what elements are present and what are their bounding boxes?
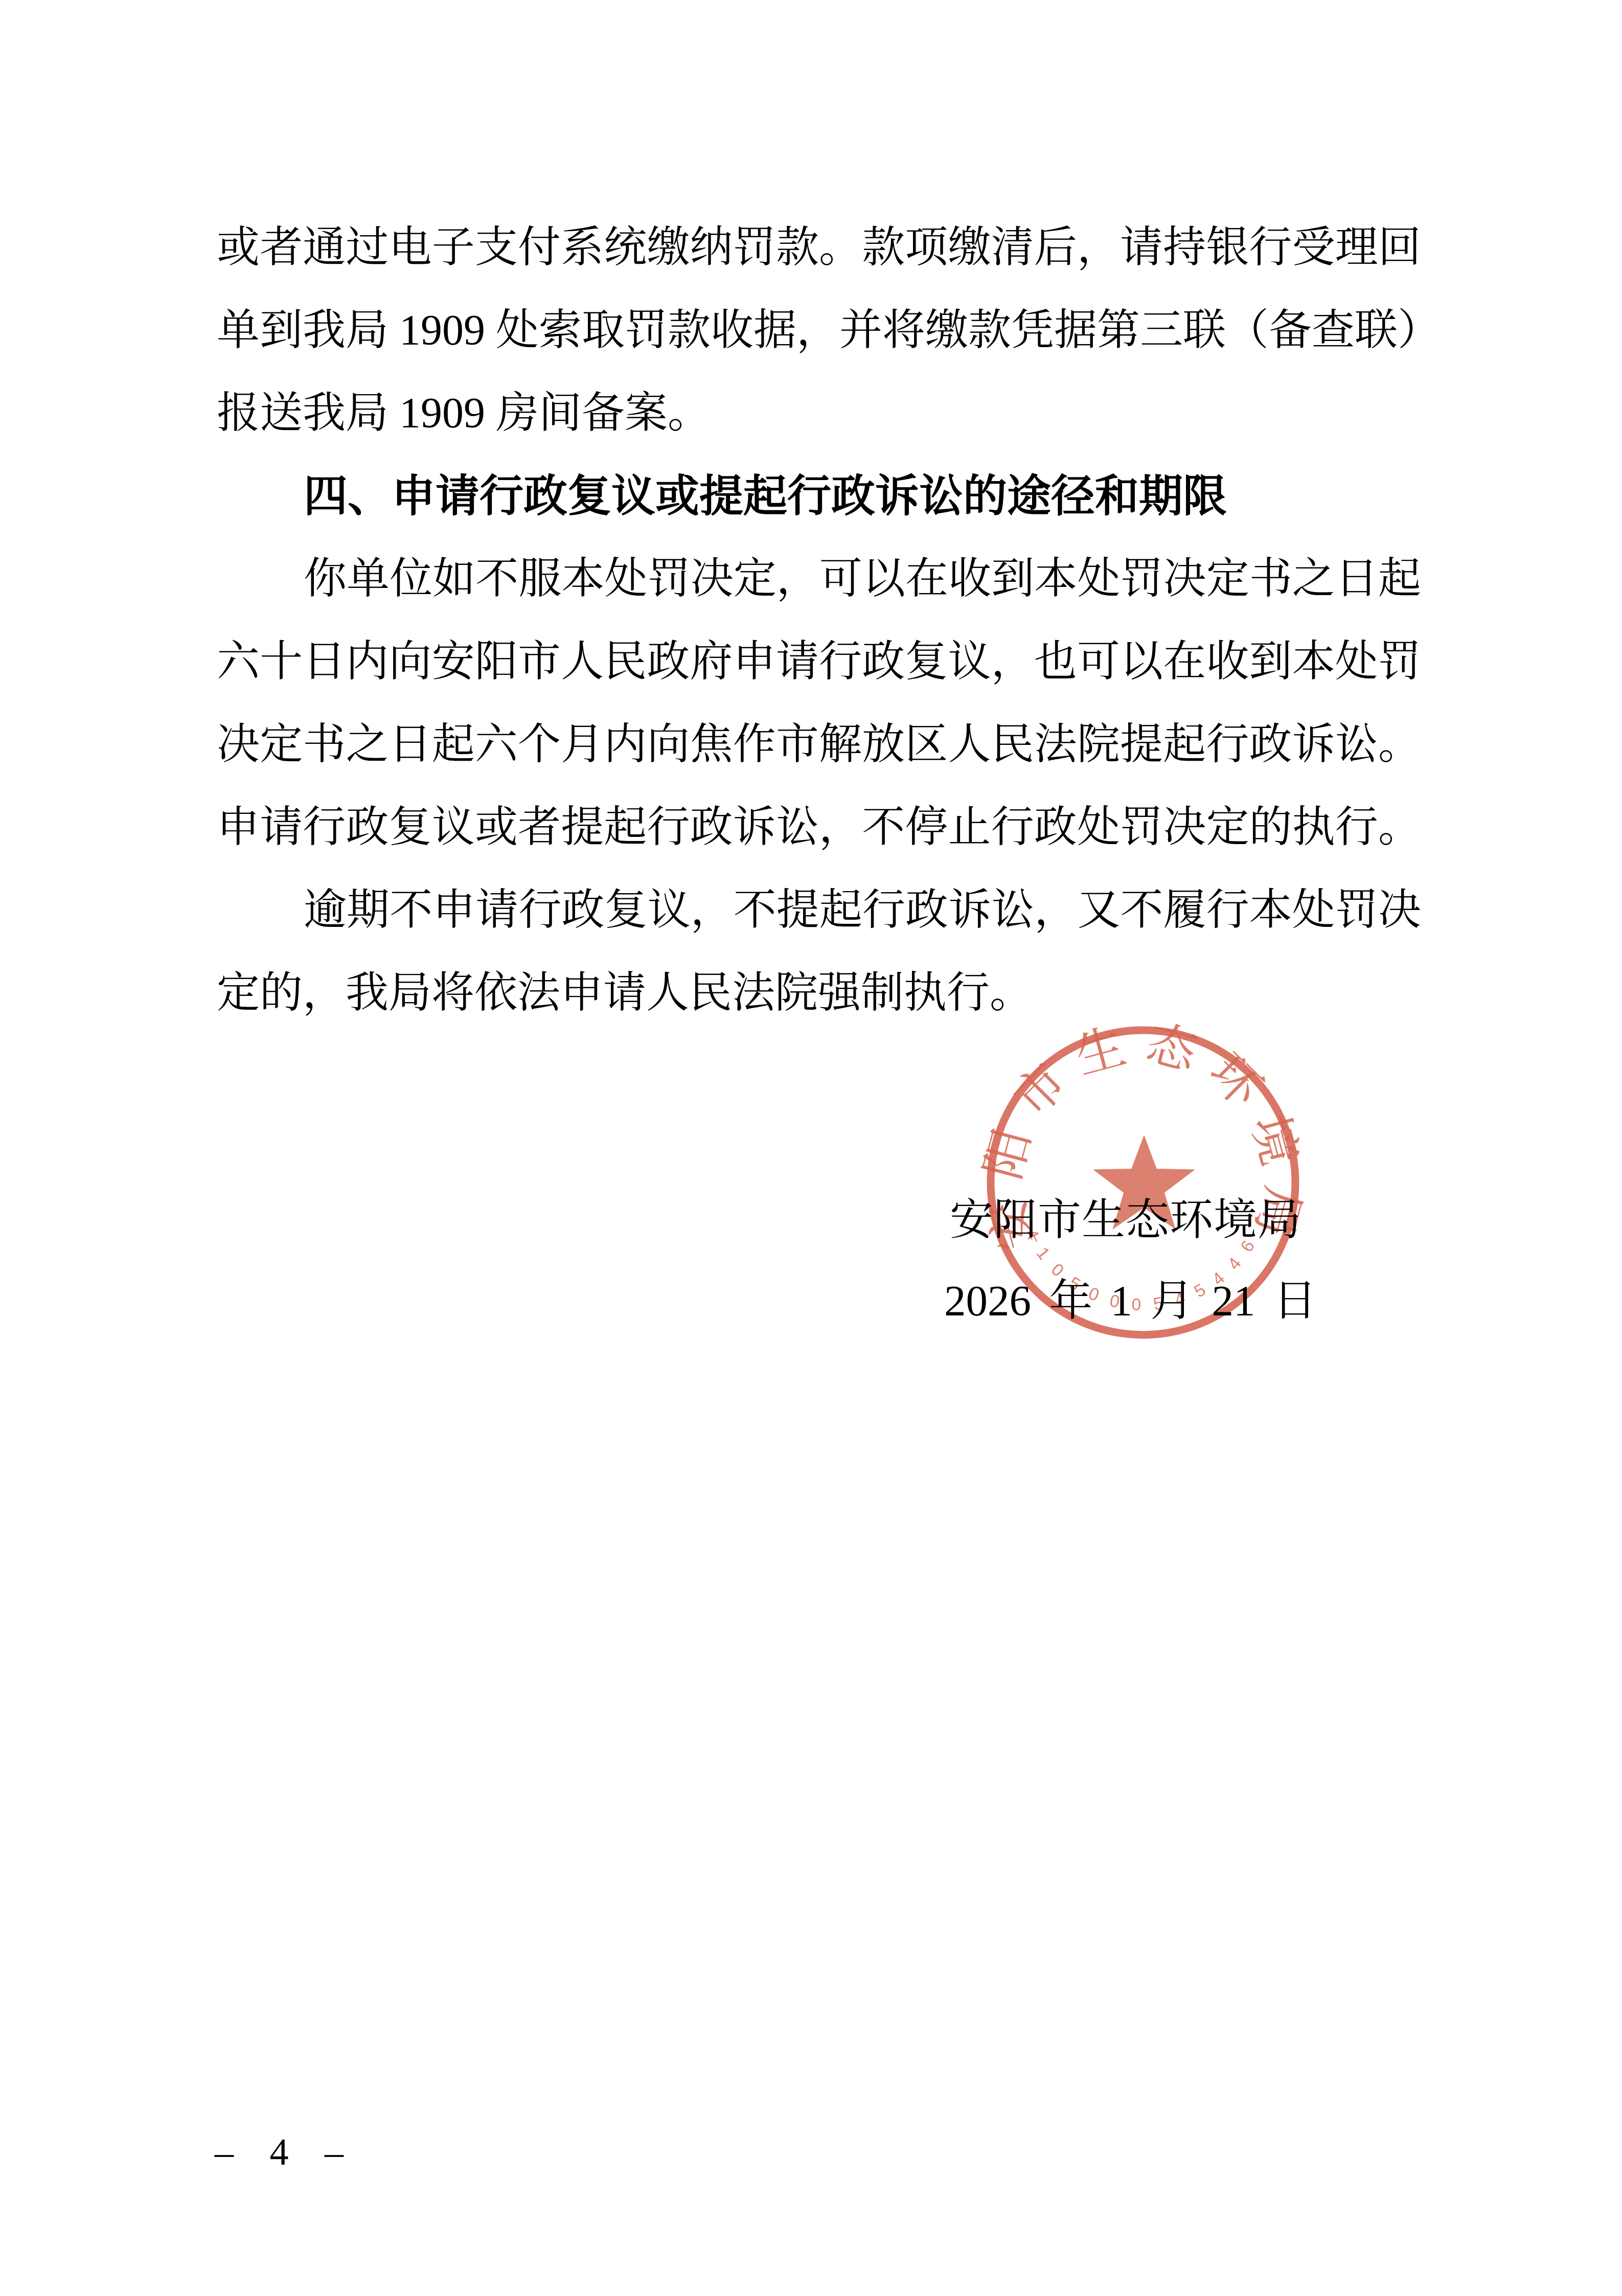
- seal-ring-text: 安阳市生态环境局: [979, 1019, 1307, 1256]
- paragraph-line: 或者通过电子支付系统缴纳罚款。款项缴清后，请持银行受理回: [217, 207, 1421, 289]
- paragraph-line: 报送我局 1909 房间备案。: [217, 372, 1421, 455]
- seal-star-icon: [1093, 1135, 1195, 1230]
- paragraph-line: 单到我局 1909 处索取罚款收据，并将缴款凭据第三联（备查联）: [217, 289, 1421, 372]
- page-number: – 4 –: [215, 2131, 357, 2174]
- document-page: 或者通过电子支付系统缴纳罚款。款项缴清后，请持银行受理回 单到我局 1909 处…: [0, 0, 1622, 2296]
- paragraph-line: 六十日内向安阳市人民政府申请行政复议，也可以在收到本处罚: [217, 621, 1421, 703]
- body-text-block: 或者通过电子支付系统缴纳罚款。款项缴清后，请持银行受理回 单到我局 1909 处…: [217, 207, 1421, 1035]
- seal-ring-text-holder: 安阳市生态环境局: [979, 1019, 1307, 1256]
- section-heading: 四、申请行政复议或提起行政诉讼的途径和期限: [217, 455, 1421, 538]
- paragraph-line: 申请行政复议或者提起行政诉讼，不停止行政处罚决定的执行。: [217, 786, 1421, 869]
- paragraph-line: 决定书之日起六个月内向焦作市解放区人民法院提起行政诉讼。: [217, 703, 1421, 786]
- official-seal: 安阳市生态环境局 4105000545446: [979, 1019, 1307, 1346]
- paragraph-line: 你单位如不服本处罚决定，可以在收到本处罚决定书之日起: [217, 538, 1421, 621]
- seal-code: 4105000545446: [1021, 1225, 1265, 1314]
- paragraph-line: 逾期不申请行政复议，不提起行政诉讼，又不履行本处罚决: [217, 869, 1421, 952]
- seal-code-holder: 4105000545446: [1021, 1225, 1265, 1314]
